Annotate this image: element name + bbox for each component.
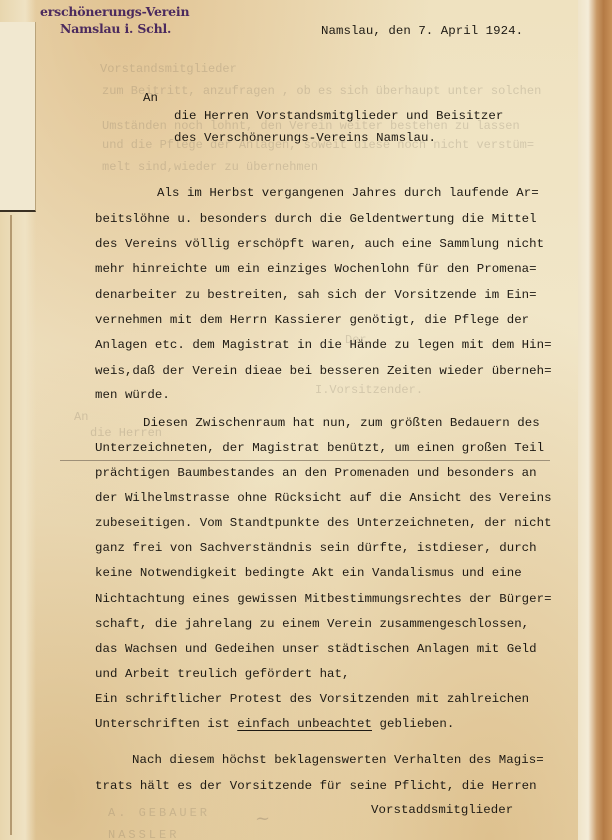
bleed-through-text: Vorstandsmitglieder <box>100 62 237 76</box>
bleed-through-text: zum Beitritt, anzufragen , ob es sich üb… <box>102 84 541 98</box>
body-line: der Wilhelmstrasse ohne Rücksicht auf di… <box>95 491 552 505</box>
underlined-phrase: einfach unbeachtet <box>237 717 372 731</box>
margin-line <box>10 215 12 835</box>
body-line: beitslöhne u. besonders durch die Gelden… <box>95 212 537 226</box>
letterhead-stamp: erschönerungs-Verein Namslau i. Schl. <box>40 3 189 37</box>
address-line-1: die Herren Vorstandsmitglieder und Beisi… <box>174 109 503 123</box>
bleed-through-signature: ~ <box>255 808 270 829</box>
body-line: Diesen Zwischenraum hat nun, zum größten… <box>143 416 540 430</box>
body-line: Nach diesem höchst beklagenswerten Verha… <box>132 753 544 767</box>
body-line: vernehmen mit dem Herrn Kassierer genöti… <box>95 313 529 327</box>
bleed-through-text: NASSLER <box>108 828 179 840</box>
body-line: Nichtachtung eines gewissen Mitbestimmun… <box>95 592 552 606</box>
bleed-through-text: I.Vorsitzender. <box>315 383 423 397</box>
body-line: Unterzeichneten, der Magistrat benützt, … <box>95 441 544 455</box>
bleed-through-text: A. GEBAUER <box>108 806 210 820</box>
body-line: schaft, die jahrelang zu einem Verein zu… <box>95 617 529 631</box>
body-line: ganz frei von Sachverständnis sein dürft… <box>95 541 537 555</box>
place-date: Namslau, den 7. April 1924. <box>321 24 523 38</box>
stamp-line-2: Namslau i. Schl. <box>40 20 189 37</box>
address-line-2: des Verschönerungs-Vereins Namslau. <box>174 131 436 145</box>
body-line: keine Notwendigkeit bedingte Akt ein Van… <box>95 566 522 580</box>
document-page: Vorstandsmitglieder zum Beitritt, anzufr… <box>0 0 612 840</box>
body-line: weis,daß der Verein dieae bei besseren Z… <box>95 364 552 378</box>
fold-crease <box>60 460 550 461</box>
body-line: trats hält es der Vorsitzende für seine … <box>95 779 537 793</box>
body-line-with-emphasis: Unterschriften ist einfach unbeachtet ge… <box>95 717 454 731</box>
folded-corner-flap <box>0 22 36 212</box>
body-line: zubeseitigen. Vom Standtpunkte des Unter… <box>95 516 552 530</box>
address-salutation: An <box>143 91 158 105</box>
text-before-underline: Unterschriften ist <box>95 717 237 731</box>
bleed-through-text: melt sind,wieder zu übernehmen <box>102 160 318 174</box>
body-line: denarbeiter zu bestreiten, sah sich der … <box>95 288 537 302</box>
body-line: Als im Herbst vergangenen Jahres durch l… <box>157 186 539 200</box>
body-line: mehr hinreichte um ein einziges Wochenlo… <box>95 262 537 276</box>
body-line: prächtigen Baumbestandes an den Promenad… <box>95 466 537 480</box>
body-line: und Arbeit treulich gefördert hat, <box>95 667 350 681</box>
stamp-line-1: erschönerungs-Verein <box>40 3 189 20</box>
bleed-through-text: An <box>74 410 88 424</box>
body-line: Vorstaddsmitglieder <box>371 803 513 817</box>
body-line: Ein schriftlicher Protest des Vorsitzend… <box>95 692 529 706</box>
body-line: das Wachsen und Gedeihen unser städtisch… <box>95 642 537 656</box>
body-line: men würde. <box>95 388 170 402</box>
text-after-underline: geblieben. <box>372 717 454 731</box>
body-line: Anlagen etc. dem Magistrat in die Hände … <box>95 338 552 352</box>
page-edge <box>578 0 612 840</box>
body-line: des Vereins völlig erschöpft waren, auch… <box>95 237 544 251</box>
